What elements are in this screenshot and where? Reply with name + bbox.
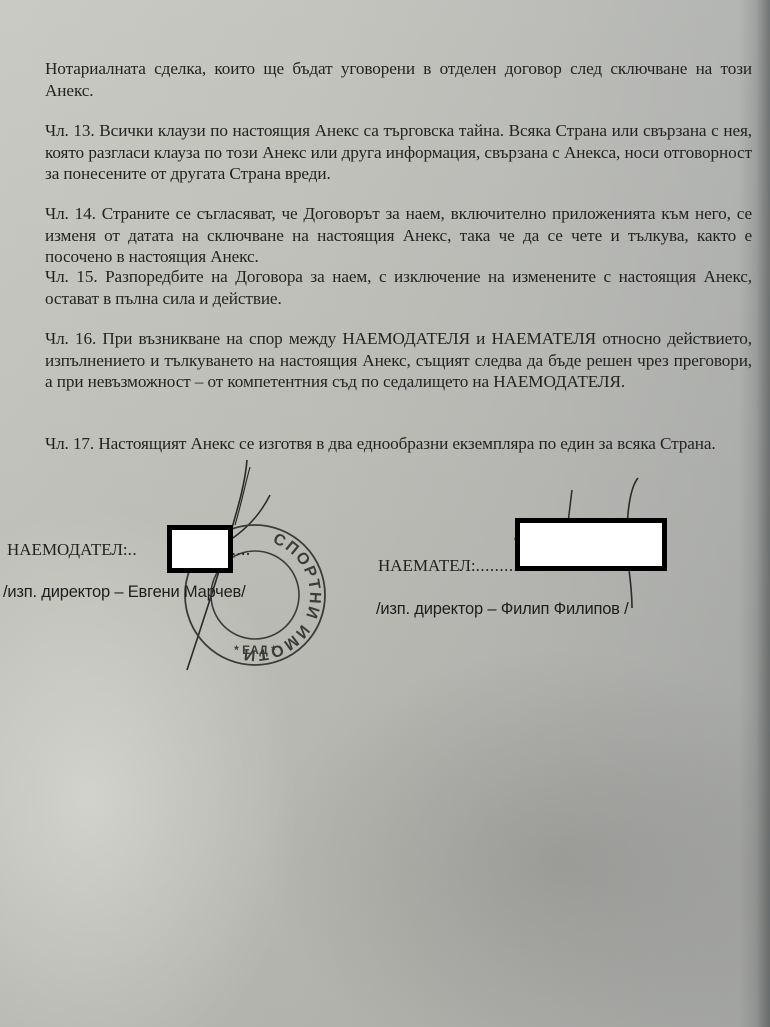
paragraph-article-17: Чл. 17. Настоящият Анекс се изготвя в дв… — [45, 433, 752, 455]
tenant-label: НАЕМАТЕЛ: — [378, 556, 476, 575]
tenant-director-name: /изп. директор – Филип Филипов / — [376, 600, 629, 619]
scanned-document-page: Нотариалната сделка, които ще бъдат угов… — [0, 0, 770, 1027]
paragraph-article-13: Чл. 13. Всички клаузи по настоящия Анекс… — [45, 120, 752, 185]
paragraph-intro: Нотариалната сделка, които ще бъдат угов… — [45, 58, 752, 101]
paragraph-article-15: Чл. 15. Разпоредбите на Договора за наем… — [45, 266, 752, 309]
landlord-label: НАЕМОДАТЕЛ: — [7, 540, 128, 559]
stamp-bottom-text: * ЕАД * — [234, 643, 276, 657]
landlord-signature-redaction — [167, 525, 233, 573]
landlord-director-name: /изп. директор – Евгени Марчев/ — [3, 583, 246, 602]
paragraph-article-16: Чл. 16. При възникване на спор между НАЕ… — [45, 328, 752, 393]
tenant-signature-redaction — [515, 518, 667, 571]
page-edge-shadow — [756, 0, 770, 1027]
paragraph-article-14: Чл. 14. Страните се съгласяват, че Догов… — [45, 203, 752, 268]
